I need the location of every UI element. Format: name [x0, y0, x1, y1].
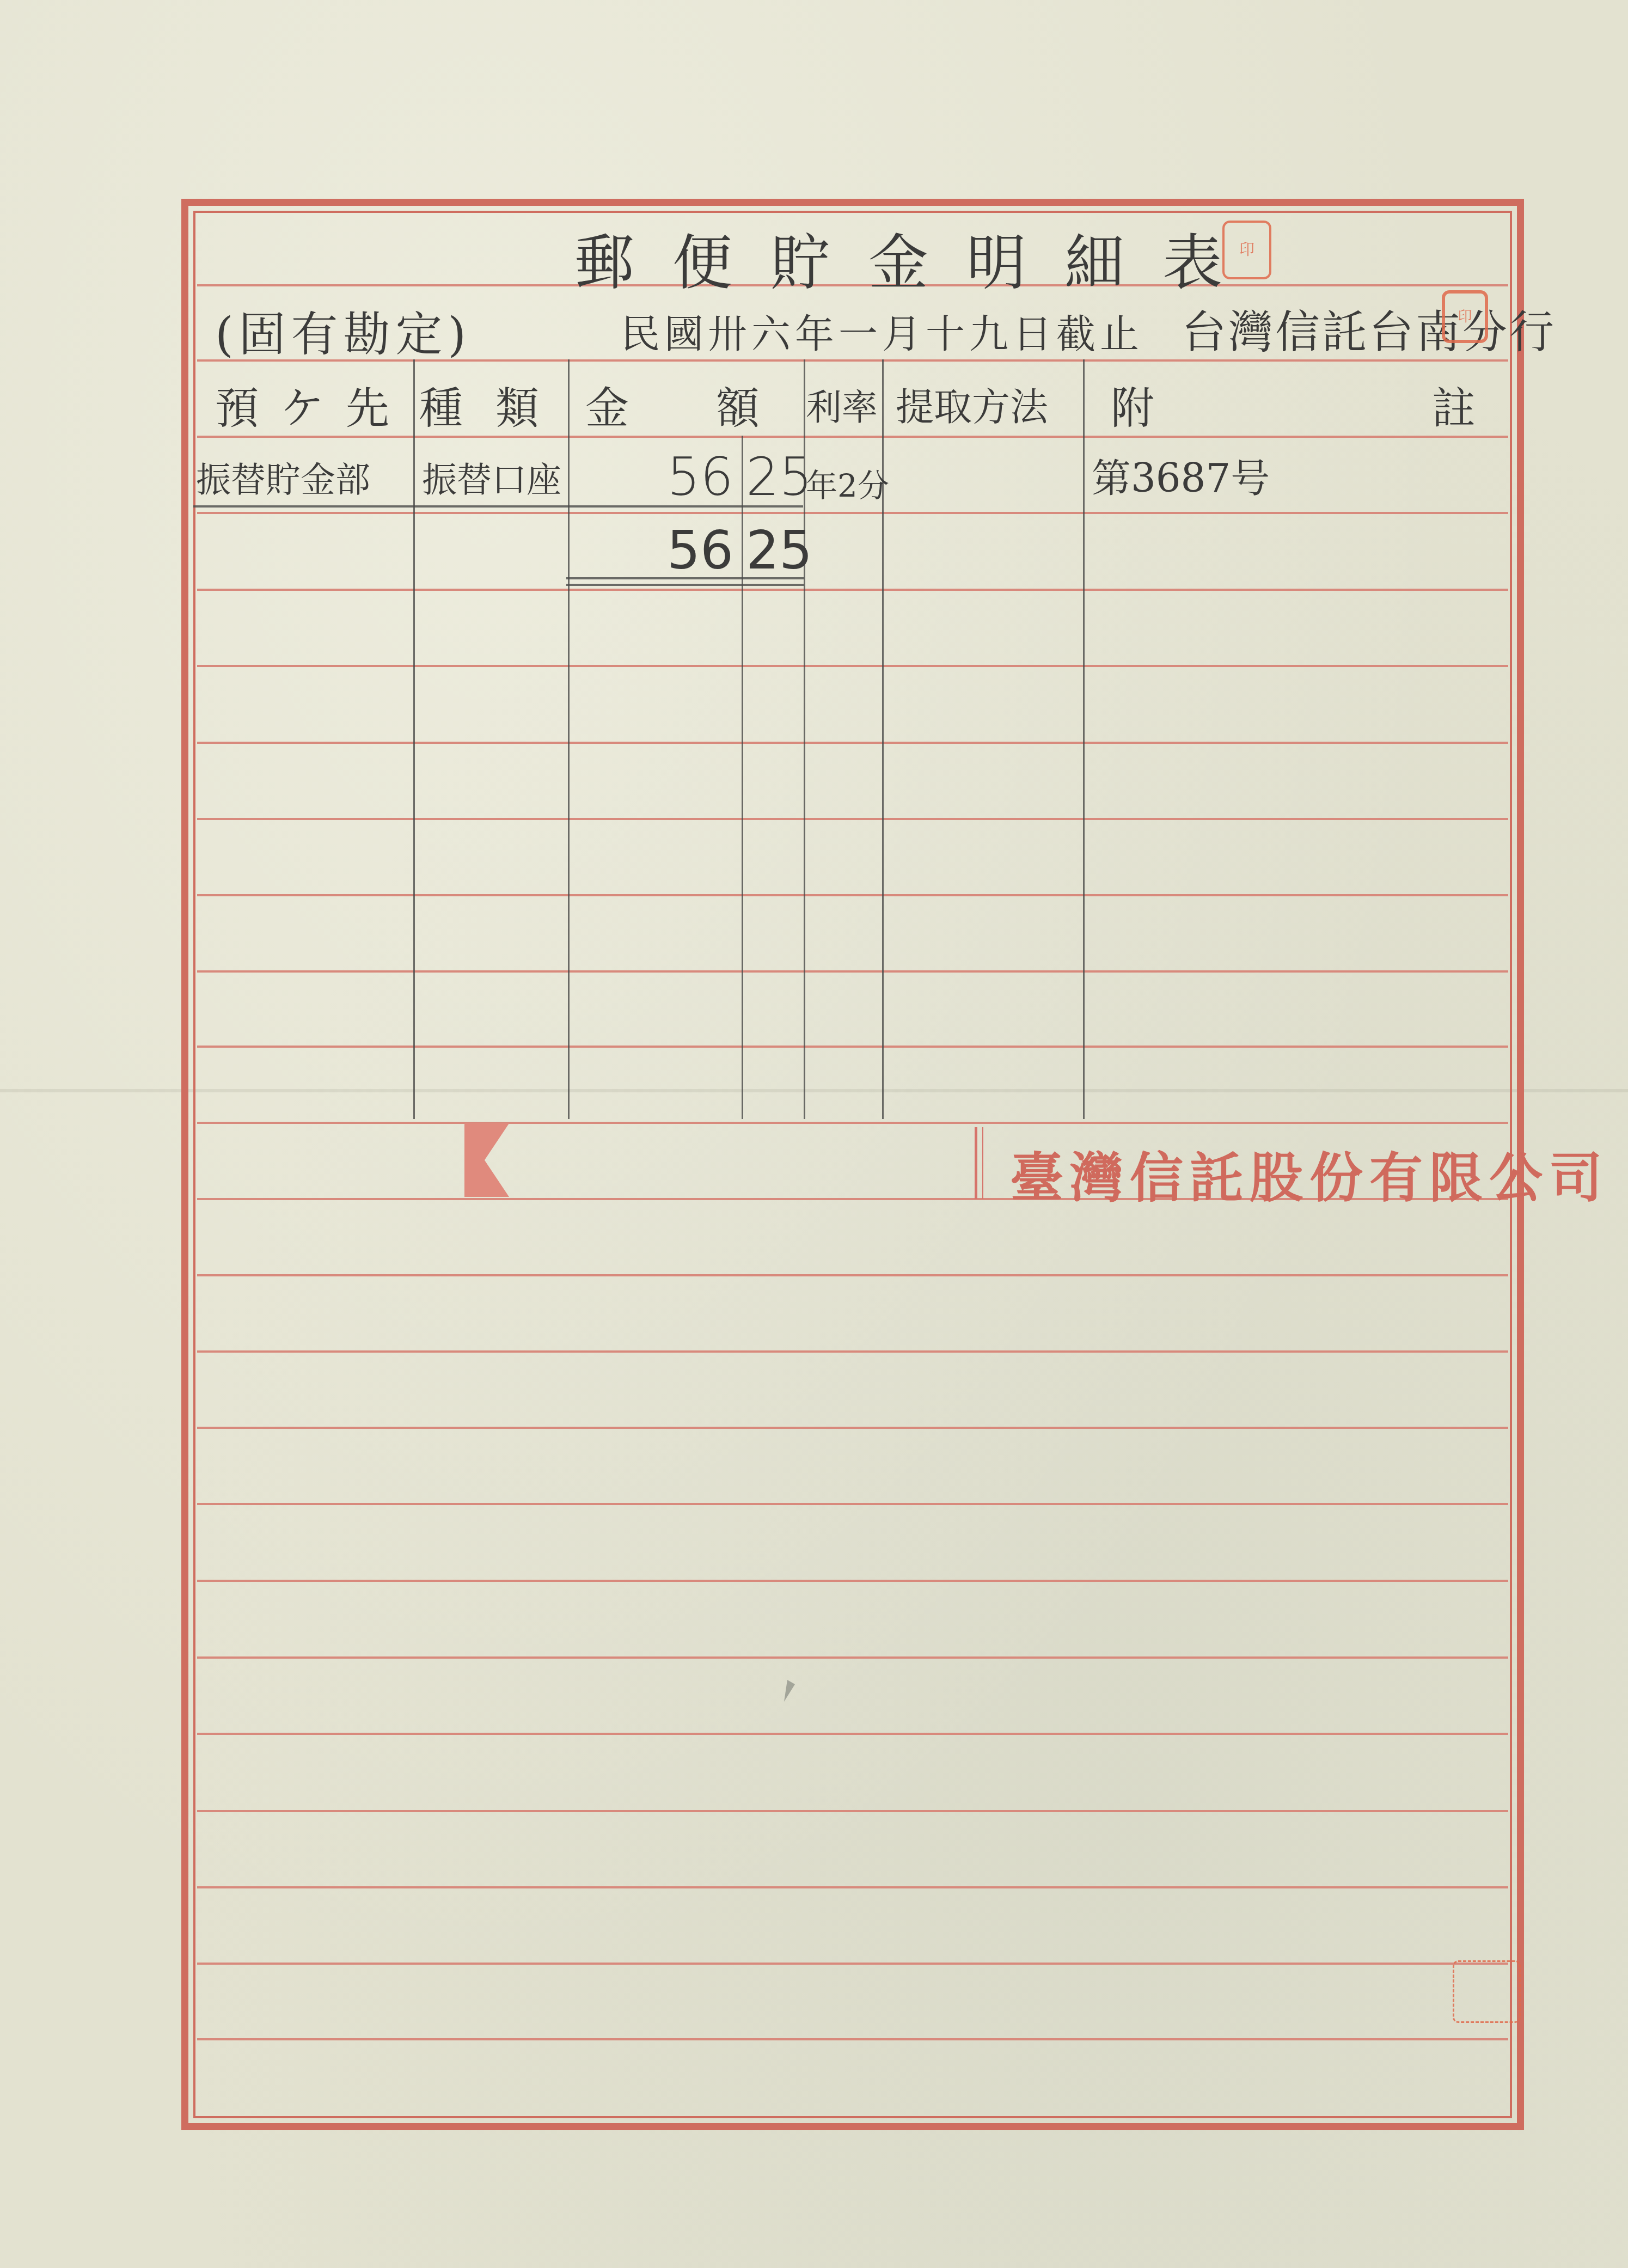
rule [197, 1656, 1508, 1659]
rule [197, 1122, 1508, 1124]
total-amount-yen: 56 [667, 520, 733, 581]
account-type: (固有勘定) [215, 297, 472, 364]
total-double-underline [566, 584, 804, 586]
rule [197, 1427, 1508, 1429]
rule [197, 1810, 1508, 1812]
rule [197, 742, 1508, 744]
header-note-2: 註 [1432, 373, 1476, 436]
as-of-date: 民國卅六年一月十九日截止 [621, 302, 1143, 359]
cell-amount-yen: 56 [667, 447, 733, 508]
company-bracket [982, 1127, 983, 1199]
rule [197, 970, 1508, 973]
cell-type: 振替口座 [422, 452, 561, 502]
rule [197, 1963, 1508, 1965]
rule [197, 894, 1508, 896]
faint-seal-bottom [1453, 1960, 1521, 2023]
red-seal-right: 印 [1442, 290, 1488, 343]
rule [197, 2038, 1508, 2040]
header-type: 種類 [419, 373, 572, 436]
header-amount-1: 金 [585, 373, 629, 436]
header-depositary: 預ケ先 [215, 373, 411, 436]
header-note-1: 附 [1111, 373, 1154, 436]
seal-text: 印 [1458, 309, 1472, 325]
rule [197, 1580, 1508, 1582]
company-bracket [975, 1127, 977, 1199]
red-seal-top: 印 [1222, 221, 1271, 279]
column-line [1083, 359, 1085, 1119]
seal-text: 印 [1239, 241, 1254, 259]
rule [197, 436, 1508, 438]
rule [197, 1886, 1508, 1888]
header-withdrawal-method: 提取方法 [896, 377, 1048, 432]
amount-split-line [742, 436, 743, 1119]
rule [197, 589, 1508, 591]
printed-company-name: 臺灣信託股份有限公司 [1010, 1135, 1609, 1212]
rule [197, 1503, 1508, 1505]
document-title: 郵便貯金明細表 [574, 215, 1260, 301]
branch-name: 台灣信託台南分行 [1182, 297, 1556, 360]
rule [197, 512, 1508, 514]
cell-note: 第3687号 [1092, 447, 1270, 503]
header-amount-2: 額 [716, 373, 760, 436]
column-line [413, 359, 415, 1119]
rule [197, 1733, 1508, 1735]
cell-interest-rate: 年2分 [806, 460, 889, 506]
column-line [568, 359, 570, 1119]
cell-amount-sen: 25 [746, 447, 812, 508]
rule [197, 818, 1508, 820]
header-interest-rate: 利率 [806, 378, 878, 430]
total-amount-sen: 25 [746, 520, 812, 581]
rule [197, 665, 1508, 667]
rule [197, 1274, 1508, 1276]
rule [197, 1350, 1508, 1353]
rule [197, 1046, 1508, 1048]
cell-depositary: 振替貯金部 [196, 452, 370, 502]
